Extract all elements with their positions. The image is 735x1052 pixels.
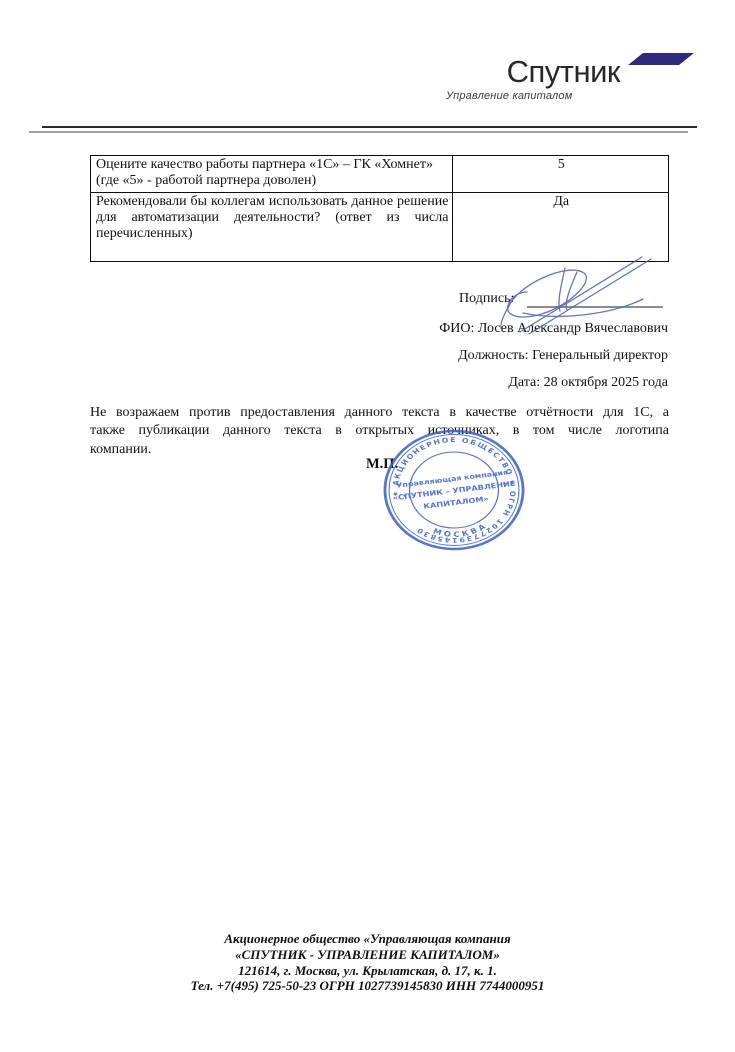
header-rule-dark <box>42 126 697 128</box>
company-logo-tagline: Управление капиталом <box>446 90 573 102</box>
table-row: Оцените качество работы партнера «1С» – … <box>91 156 669 193</box>
question-line: (где «5» - работой партнера доволен) <box>96 173 448 189</box>
document-page: Спутник Управление капиталом Оцените кач… <box>0 0 735 1052</box>
footer-line-company: Акционерное общество «Управляющая компан… <box>0 931 735 947</box>
question-line: для автоматизации деятельности? (ответ и… <box>96 210 448 226</box>
footer-line-address: 121614, г. Москва, ул. Крылатская, д. 17… <box>0 963 735 979</box>
question-line: Оцените качество работы партнера «1С» – … <box>96 157 448 173</box>
company-logo-wordmark: Спутник <box>498 54 620 90</box>
company-seal-stamp: ★ АКЦИОНЕРНОЕ ОБЩЕСТВО ★ ОГРН 1027739145… <box>376 424 532 556</box>
question-line: Рекомендовали бы коллегам использовать д… <box>96 194 448 210</box>
signature-scribble <box>465 246 670 338</box>
signatory-position: Должность: Генеральный директор <box>439 342 668 369</box>
header-rule-gray <box>29 131 688 133</box>
consent-line: Не возражаем против предоставления данно… <box>90 404 669 422</box>
answer-cell: 5 <box>453 156 669 193</box>
signature-date: Дата: 28 октября 2025 года <box>439 369 668 396</box>
logo-parallelogram-icon <box>626 51 696 67</box>
question-cell: Оцените качество работы партнера «1С» – … <box>91 156 453 193</box>
question-line: перечисленных) <box>96 226 448 242</box>
question-cell: Рекомендовали бы коллегам использовать д… <box>91 192 453 261</box>
footer-line-brand: «СПУТНИК - УПРАВЛЕНИЕ КАПИТАЛОМ» <box>0 947 735 963</box>
company-footer: Акционерное общество «Управляющая компан… <box>0 931 735 994</box>
footer-line-contacts: Тел. +7(495) 725-50-23 ОГРН 102773914583… <box>0 978 735 994</box>
